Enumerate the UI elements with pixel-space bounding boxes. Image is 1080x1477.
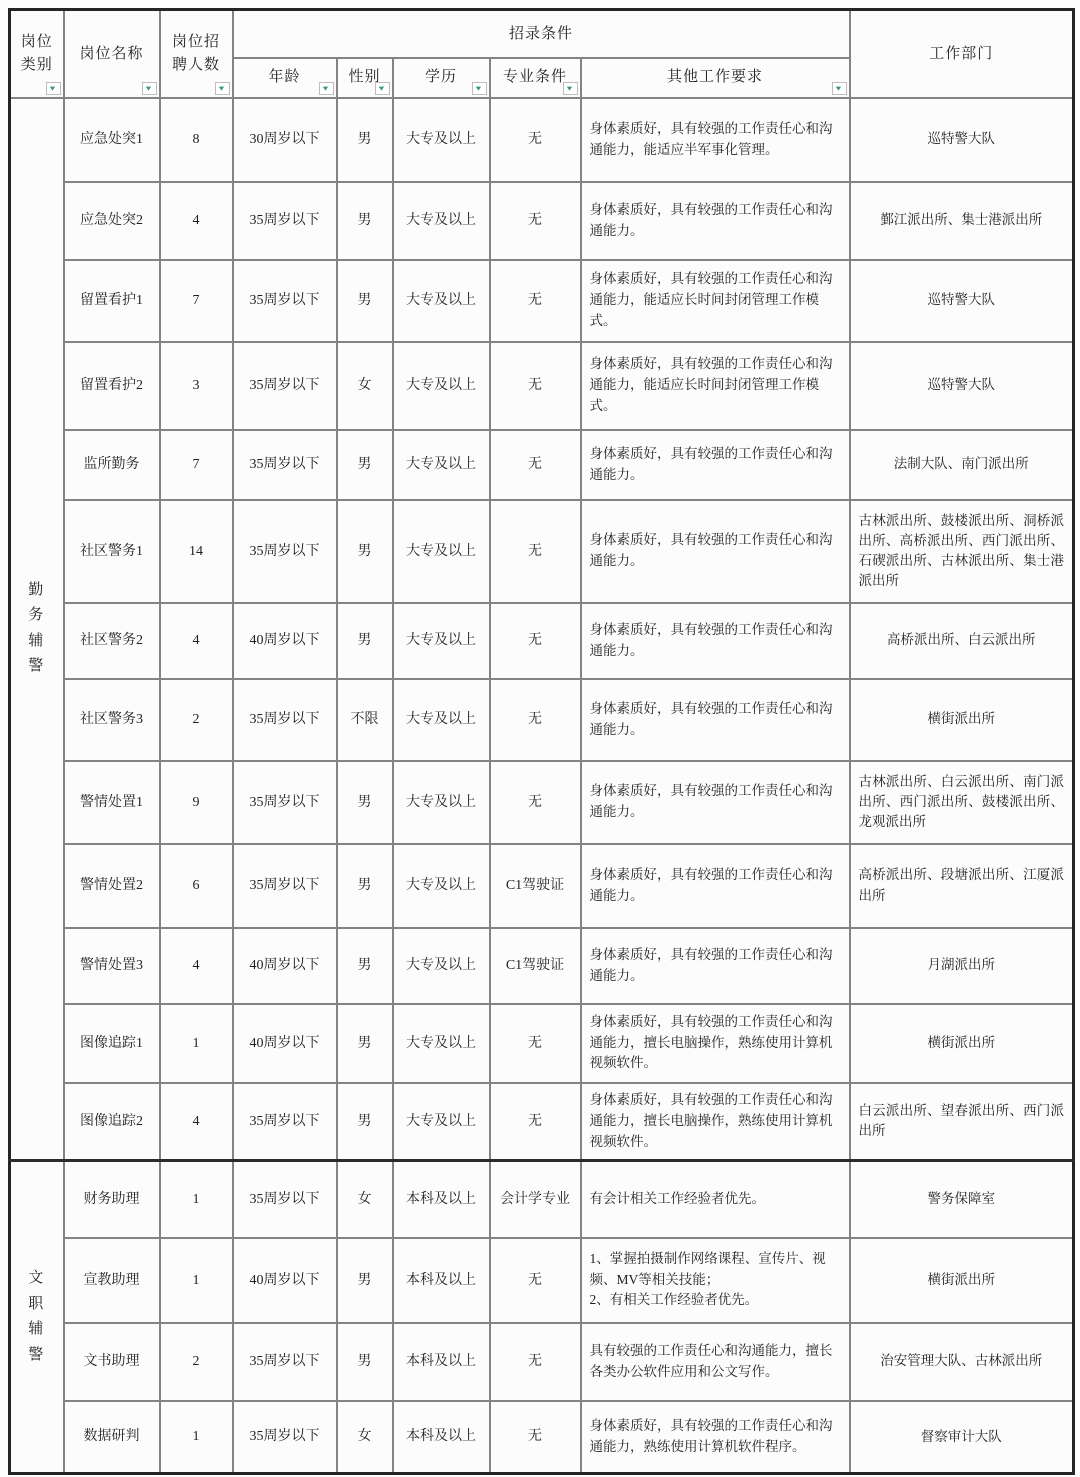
job-name-cell: 社区警务2	[64, 603, 160, 679]
other-requirements-cell: 有会计相关工作经验者优先。	[581, 1161, 850, 1238]
table-row: 社区警务3235周岁以下不限大专及以上无身体素质好，具有较强的工作责任心和沟通能…	[10, 679, 1074, 761]
education-cell: 大专及以上	[393, 761, 490, 844]
major-cell: 无	[490, 182, 581, 260]
filter-dropdown-icon[interactable]: ▼	[375, 82, 390, 95]
gender-cell: 男	[337, 1083, 393, 1161]
job-name-cell: 留置看护2	[64, 342, 160, 430]
major-cell: 无	[490, 1323, 581, 1401]
gender-cell: 女	[337, 1161, 393, 1238]
job-name-cell: 文书助理	[64, 1323, 160, 1401]
gender-cell: 男	[337, 430, 393, 500]
header-gender: 性别 ▼	[337, 58, 393, 98]
department-cell: 古林派出所、白云派出所、南门派出所、西门派出所、鼓楼派出所、龙观派出所	[850, 761, 1074, 844]
gender-cell: 女	[337, 342, 393, 430]
filter-dropdown-icon[interactable]: ▼	[319, 82, 334, 95]
table-row: 宣教助理140周岁以下男本科及以上无1、掌握拍摄制作网络课程、宣传片、视频、MV…	[10, 1238, 1074, 1323]
major-cell: 无	[490, 603, 581, 679]
other-requirements-cell: 身体素质好，具有较强的工作责任心和沟通能力。	[581, 603, 850, 679]
headcount-cell: 3	[160, 342, 233, 430]
header-department: 工作部门	[850, 10, 1074, 98]
department-cell: 高桥派出所、白云派出所	[850, 603, 1074, 679]
education-cell: 本科及以上	[393, 1161, 490, 1238]
job-name-cell: 应急处突1	[64, 98, 160, 182]
table-row: 图像追踪2435周岁以下男大专及以上无身体素质好，具有较强的工作责任心和沟通能力…	[10, 1083, 1074, 1161]
major-cell: 无	[490, 260, 581, 342]
filter-dropdown-icon[interactable]: ▼	[832, 82, 847, 95]
job-name-cell: 监所勤务	[64, 430, 160, 500]
age-cell: 35周岁以下	[233, 182, 337, 260]
header-age: 年龄 ▼	[233, 58, 337, 98]
education-cell: 大专及以上	[393, 603, 490, 679]
department-cell: 法制大队、南门派出所	[850, 430, 1074, 500]
education-cell: 大专及以上	[393, 1004, 490, 1083]
department-cell: 月湖派出所	[850, 928, 1074, 1004]
filter-dropdown-icon[interactable]: ▼	[563, 82, 578, 95]
headcount-cell: 4	[160, 603, 233, 679]
other-requirements-cell: 身体素质好，具有较强的工作责任心和沟通能力。	[581, 679, 850, 761]
major-cell: 无	[490, 761, 581, 844]
job-name-cell: 图像追踪1	[64, 1004, 160, 1083]
recruitment-table: 岗位类别 ▼ 岗位名称 ▼ 岗位招聘人数 ▼ 招录条件 工作部门	[8, 8, 1075, 1475]
category-cell: 文职辅警	[10, 1161, 64, 1474]
gender-cell: 男	[337, 98, 393, 182]
major-cell: 无	[490, 1401, 581, 1474]
age-cell: 40周岁以下	[233, 603, 337, 679]
table-row: 图像追踪1140周岁以下男大专及以上无身体素质好，具有较强的工作责任心和沟通能力…	[10, 1004, 1074, 1083]
education-cell: 大专及以上	[393, 260, 490, 342]
headcount-cell: 6	[160, 844, 233, 928]
age-cell: 35周岁以下	[233, 430, 337, 500]
table-row: 勤务辅警应急处突1830周岁以下男大专及以上无身体素质好，具有较强的工作责任心和…	[10, 98, 1074, 182]
filter-dropdown-icon[interactable]: ▼	[472, 82, 487, 95]
table-row: 警情处置3440周岁以下男大专及以上C1驾驶证身体素质好，具有较强的工作责任心和…	[10, 928, 1074, 1004]
job-name-cell: 图像追踪2	[64, 1083, 160, 1161]
header-education-label: 学历	[425, 69, 457, 85]
education-cell: 本科及以上	[393, 1401, 490, 1474]
major-cell: 会计学专业	[490, 1161, 581, 1238]
table-row: 文书助理235周岁以下男本科及以上无具有较强的工作责任心和沟通能力，擅长各类办公…	[10, 1323, 1074, 1401]
job-name-cell: 警情处置1	[64, 761, 160, 844]
department-cell: 警务保障室	[850, 1161, 1074, 1238]
age-cell: 40周岁以下	[233, 928, 337, 1004]
headcount-cell: 1	[160, 1401, 233, 1474]
other-requirements-cell: 身体素质好，具有较强的工作责任心和沟通能力。	[581, 928, 850, 1004]
department-cell: 横街派出所	[850, 679, 1074, 761]
major-cell: 无	[490, 430, 581, 500]
other-requirements-cell: 身体素质好，具有较强的工作责任心和沟通能力。	[581, 182, 850, 260]
job-name-cell: 数据研判	[64, 1401, 160, 1474]
table-row: 数据研判135周岁以下女本科及以上无身体素质好，具有较强的工作责任心和沟通能力，…	[10, 1401, 1074, 1474]
age-cell: 35周岁以下	[233, 1083, 337, 1161]
department-cell: 高桥派出所、段塘派出所、江厦派出所	[850, 844, 1074, 928]
education-cell: 本科及以上	[393, 1323, 490, 1401]
table-row: 警情处置1935周岁以下男大专及以上无身体素质好，具有较强的工作责任心和沟通能力…	[10, 761, 1074, 844]
headcount-cell: 1	[160, 1238, 233, 1323]
header-major: 专业条件 ▼	[490, 58, 581, 98]
header-job-name-label: 岗位名称	[79, 46, 143, 62]
table-row: 留置看护1735周岁以下男大专及以上无身体素质好，具有较强的工作责任心和沟通能力…	[10, 260, 1074, 342]
age-cell: 35周岁以下	[233, 500, 337, 603]
table-row: 应急处突2435周岁以下男大专及以上无身体素质好，具有较强的工作责任心和沟通能力…	[10, 182, 1074, 260]
age-cell: 35周岁以下	[233, 260, 337, 342]
header-job-name: 岗位名称 ▼	[64, 10, 160, 98]
gender-cell: 男	[337, 182, 393, 260]
major-cell: C1驾驶证	[490, 928, 581, 1004]
headcount-cell: 9	[160, 761, 233, 844]
header-education: 学历 ▼	[393, 58, 490, 98]
department-cell: 巡特警大队	[850, 342, 1074, 430]
education-cell: 大专及以上	[393, 430, 490, 500]
job-name-cell: 宣教助理	[64, 1238, 160, 1323]
header-other-requirements: 其他工作要求 ▼	[581, 58, 850, 98]
header-conditions-group-label: 招录条件	[509, 26, 573, 42]
age-cell: 35周岁以下	[233, 761, 337, 844]
department-cell: 督察审计大队	[850, 1401, 1074, 1474]
gender-cell: 不限	[337, 679, 393, 761]
education-cell: 大专及以上	[393, 679, 490, 761]
age-cell: 35周岁以下	[233, 342, 337, 430]
headcount-cell: 4	[160, 1083, 233, 1161]
table-row: 文职辅警财务助理135周岁以下女本科及以上会计学专业有会计相关工作经验者优先。警…	[10, 1161, 1074, 1238]
education-cell: 大专及以上	[393, 342, 490, 430]
major-cell: 无	[490, 98, 581, 182]
table-row: 社区警务2440周岁以下男大专及以上无身体素质好，具有较强的工作责任心和沟通能力…	[10, 603, 1074, 679]
gender-cell: 男	[337, 761, 393, 844]
headcount-cell: 8	[160, 98, 233, 182]
department-cell: 巡特警大队	[850, 98, 1074, 182]
job-name-cell: 应急处突2	[64, 182, 160, 260]
other-requirements-cell: 身体素质好，具有较强的工作责任心和沟通能力，能适应长时间封闭管理工作模式。	[581, 260, 850, 342]
age-cell: 35周岁以下	[233, 844, 337, 928]
job-name-cell: 留置看护1	[64, 260, 160, 342]
headcount-cell: 14	[160, 500, 233, 603]
headcount-cell: 1	[160, 1004, 233, 1083]
department-cell: 横街派出所	[850, 1004, 1074, 1083]
headcount-cell: 7	[160, 260, 233, 342]
gender-cell: 男	[337, 928, 393, 1004]
headcount-cell: 4	[160, 928, 233, 1004]
major-cell: 无	[490, 1238, 581, 1323]
major-cell: C1驾驶证	[490, 844, 581, 928]
filter-dropdown-icon[interactable]: ▼	[142, 82, 157, 95]
header-other-requirements-label: 其他工作要求	[667, 69, 763, 85]
department-cell: 白云派出所、望春派出所、西门派出所	[850, 1083, 1074, 1161]
header-conditions-group: 招录条件	[233, 10, 850, 58]
department-cell: 巡特警大队	[850, 260, 1074, 342]
department-cell: 治安管理大队、古林派出所	[850, 1323, 1074, 1401]
table-row: 监所勤务735周岁以下男大专及以上无身体素质好，具有较强的工作责任心和沟通能力。…	[10, 430, 1074, 500]
gender-cell: 男	[337, 603, 393, 679]
category-cell: 勤务辅警	[10, 98, 64, 1161]
header-category: 岗位类别 ▼	[10, 10, 64, 98]
other-requirements-cell: 身体素质好，具有较强的工作责任心和沟通能力，能适应半军事化管理。	[581, 98, 850, 182]
headcount-cell: 4	[160, 182, 233, 260]
education-cell: 大专及以上	[393, 844, 490, 928]
headcount-cell: 7	[160, 430, 233, 500]
gender-cell: 男	[337, 260, 393, 342]
age-cell: 35周岁以下	[233, 679, 337, 761]
other-requirements-cell: 身体素质好，具有较强的工作责任心和沟通能力。	[581, 761, 850, 844]
major-cell: 无	[490, 679, 581, 761]
education-cell: 本科及以上	[393, 1238, 490, 1323]
other-requirements-cell: 具有较强的工作责任心和沟通能力，擅长各类办公软件应用和公文写作。	[581, 1323, 850, 1401]
age-cell: 40周岁以下	[233, 1004, 337, 1083]
gender-cell: 男	[337, 1004, 393, 1083]
headcount-cell: 1	[160, 1161, 233, 1238]
gender-cell: 男	[337, 1238, 393, 1323]
education-cell: 大专及以上	[393, 1083, 490, 1161]
table-row: 社区警务11435周岁以下男大专及以上无身体素质好，具有较强的工作责任心和沟通能…	[10, 500, 1074, 603]
other-requirements-cell: 身体素质好，具有较强的工作责任心和沟通能力。	[581, 844, 850, 928]
education-cell: 大专及以上	[393, 182, 490, 260]
other-requirements-cell: 身体素质好，具有较强的工作责任心和沟通能力，熟练使用计算机软件程序。	[581, 1401, 850, 1474]
major-cell: 无	[490, 342, 581, 430]
recruitment-table-container: 岗位类别 ▼ 岗位名称 ▼ 岗位招聘人数 ▼ 招录条件 工作部门	[8, 8, 1075, 1475]
job-name-cell: 社区警务3	[64, 679, 160, 761]
gender-cell: 男	[337, 500, 393, 603]
header-headcount-label: 岗位招聘人数	[172, 34, 220, 73]
gender-cell: 男	[337, 1323, 393, 1401]
age-cell: 40周岁以下	[233, 1238, 337, 1323]
department-cell: 古林派出所、鼓楼派出所、洞桥派出所、高桥派出所、西门派出所、石碶派出所、古林派出…	[850, 500, 1074, 603]
headcount-cell: 2	[160, 1323, 233, 1401]
other-requirements-cell: 身体素质好，具有较强的工作责任心和沟通能力。	[581, 500, 850, 603]
job-name-cell: 警情处置2	[64, 844, 160, 928]
table-row: 留置看护2335周岁以下女大专及以上无身体素质好，具有较强的工作责任心和沟通能力…	[10, 342, 1074, 430]
filter-dropdown-icon[interactable]: ▼	[46, 82, 61, 95]
filter-dropdown-icon[interactable]: ▼	[215, 82, 230, 95]
age-cell: 35周岁以下	[233, 1323, 337, 1401]
age-cell: 30周岁以下	[233, 98, 337, 182]
age-cell: 35周岁以下	[233, 1161, 337, 1238]
major-cell: 无	[490, 1083, 581, 1161]
major-cell: 无	[490, 1004, 581, 1083]
table-row: 警情处置2635周岁以下男大专及以上C1驾驶证身体素质好，具有较强的工作责任心和…	[10, 844, 1074, 928]
department-cell: 鄞江派出所、集士港派出所	[850, 182, 1074, 260]
header-age-label: 年龄	[268, 69, 300, 85]
header-major-label: 专业条件	[503, 69, 567, 85]
education-cell: 大专及以上	[393, 98, 490, 182]
education-cell: 大专及以上	[393, 500, 490, 603]
job-name-cell: 警情处置3	[64, 928, 160, 1004]
job-name-cell: 财务助理	[64, 1161, 160, 1238]
other-requirements-cell: 身体素质好，具有较强的工作责任心和沟通能力，擅长电脑操作，熟练使用计算机视频软件…	[581, 1004, 850, 1083]
major-cell: 无	[490, 500, 581, 603]
job-name-cell: 社区警务1	[64, 500, 160, 603]
header-department-label: 工作部门	[929, 46, 993, 62]
age-cell: 35周岁以下	[233, 1401, 337, 1474]
gender-cell: 男	[337, 844, 393, 928]
header-category-label: 岗位类别	[21, 34, 53, 73]
department-cell: 横街派出所	[850, 1238, 1074, 1323]
gender-cell: 女	[337, 1401, 393, 1474]
other-requirements-cell: 身体素质好，具有较强的工作责任心和沟通能力，能适应长时间封闭管理工作模式。	[581, 342, 850, 430]
other-requirements-cell: 身体素质好，具有较强的工作责任心和沟通能力，擅长电脑操作，熟练使用计算机视频软件…	[581, 1083, 850, 1161]
headcount-cell: 2	[160, 679, 233, 761]
other-requirements-cell: 1、掌握拍摄制作网络课程、宣传片、视频、MV等相关技能； 2、有相关工作经验者优…	[581, 1238, 850, 1323]
header-headcount: 岗位招聘人数 ▼	[160, 10, 233, 98]
education-cell: 大专及以上	[393, 928, 490, 1004]
other-requirements-cell: 身体素质好，具有较强的工作责任心和沟通能力。	[581, 430, 850, 500]
